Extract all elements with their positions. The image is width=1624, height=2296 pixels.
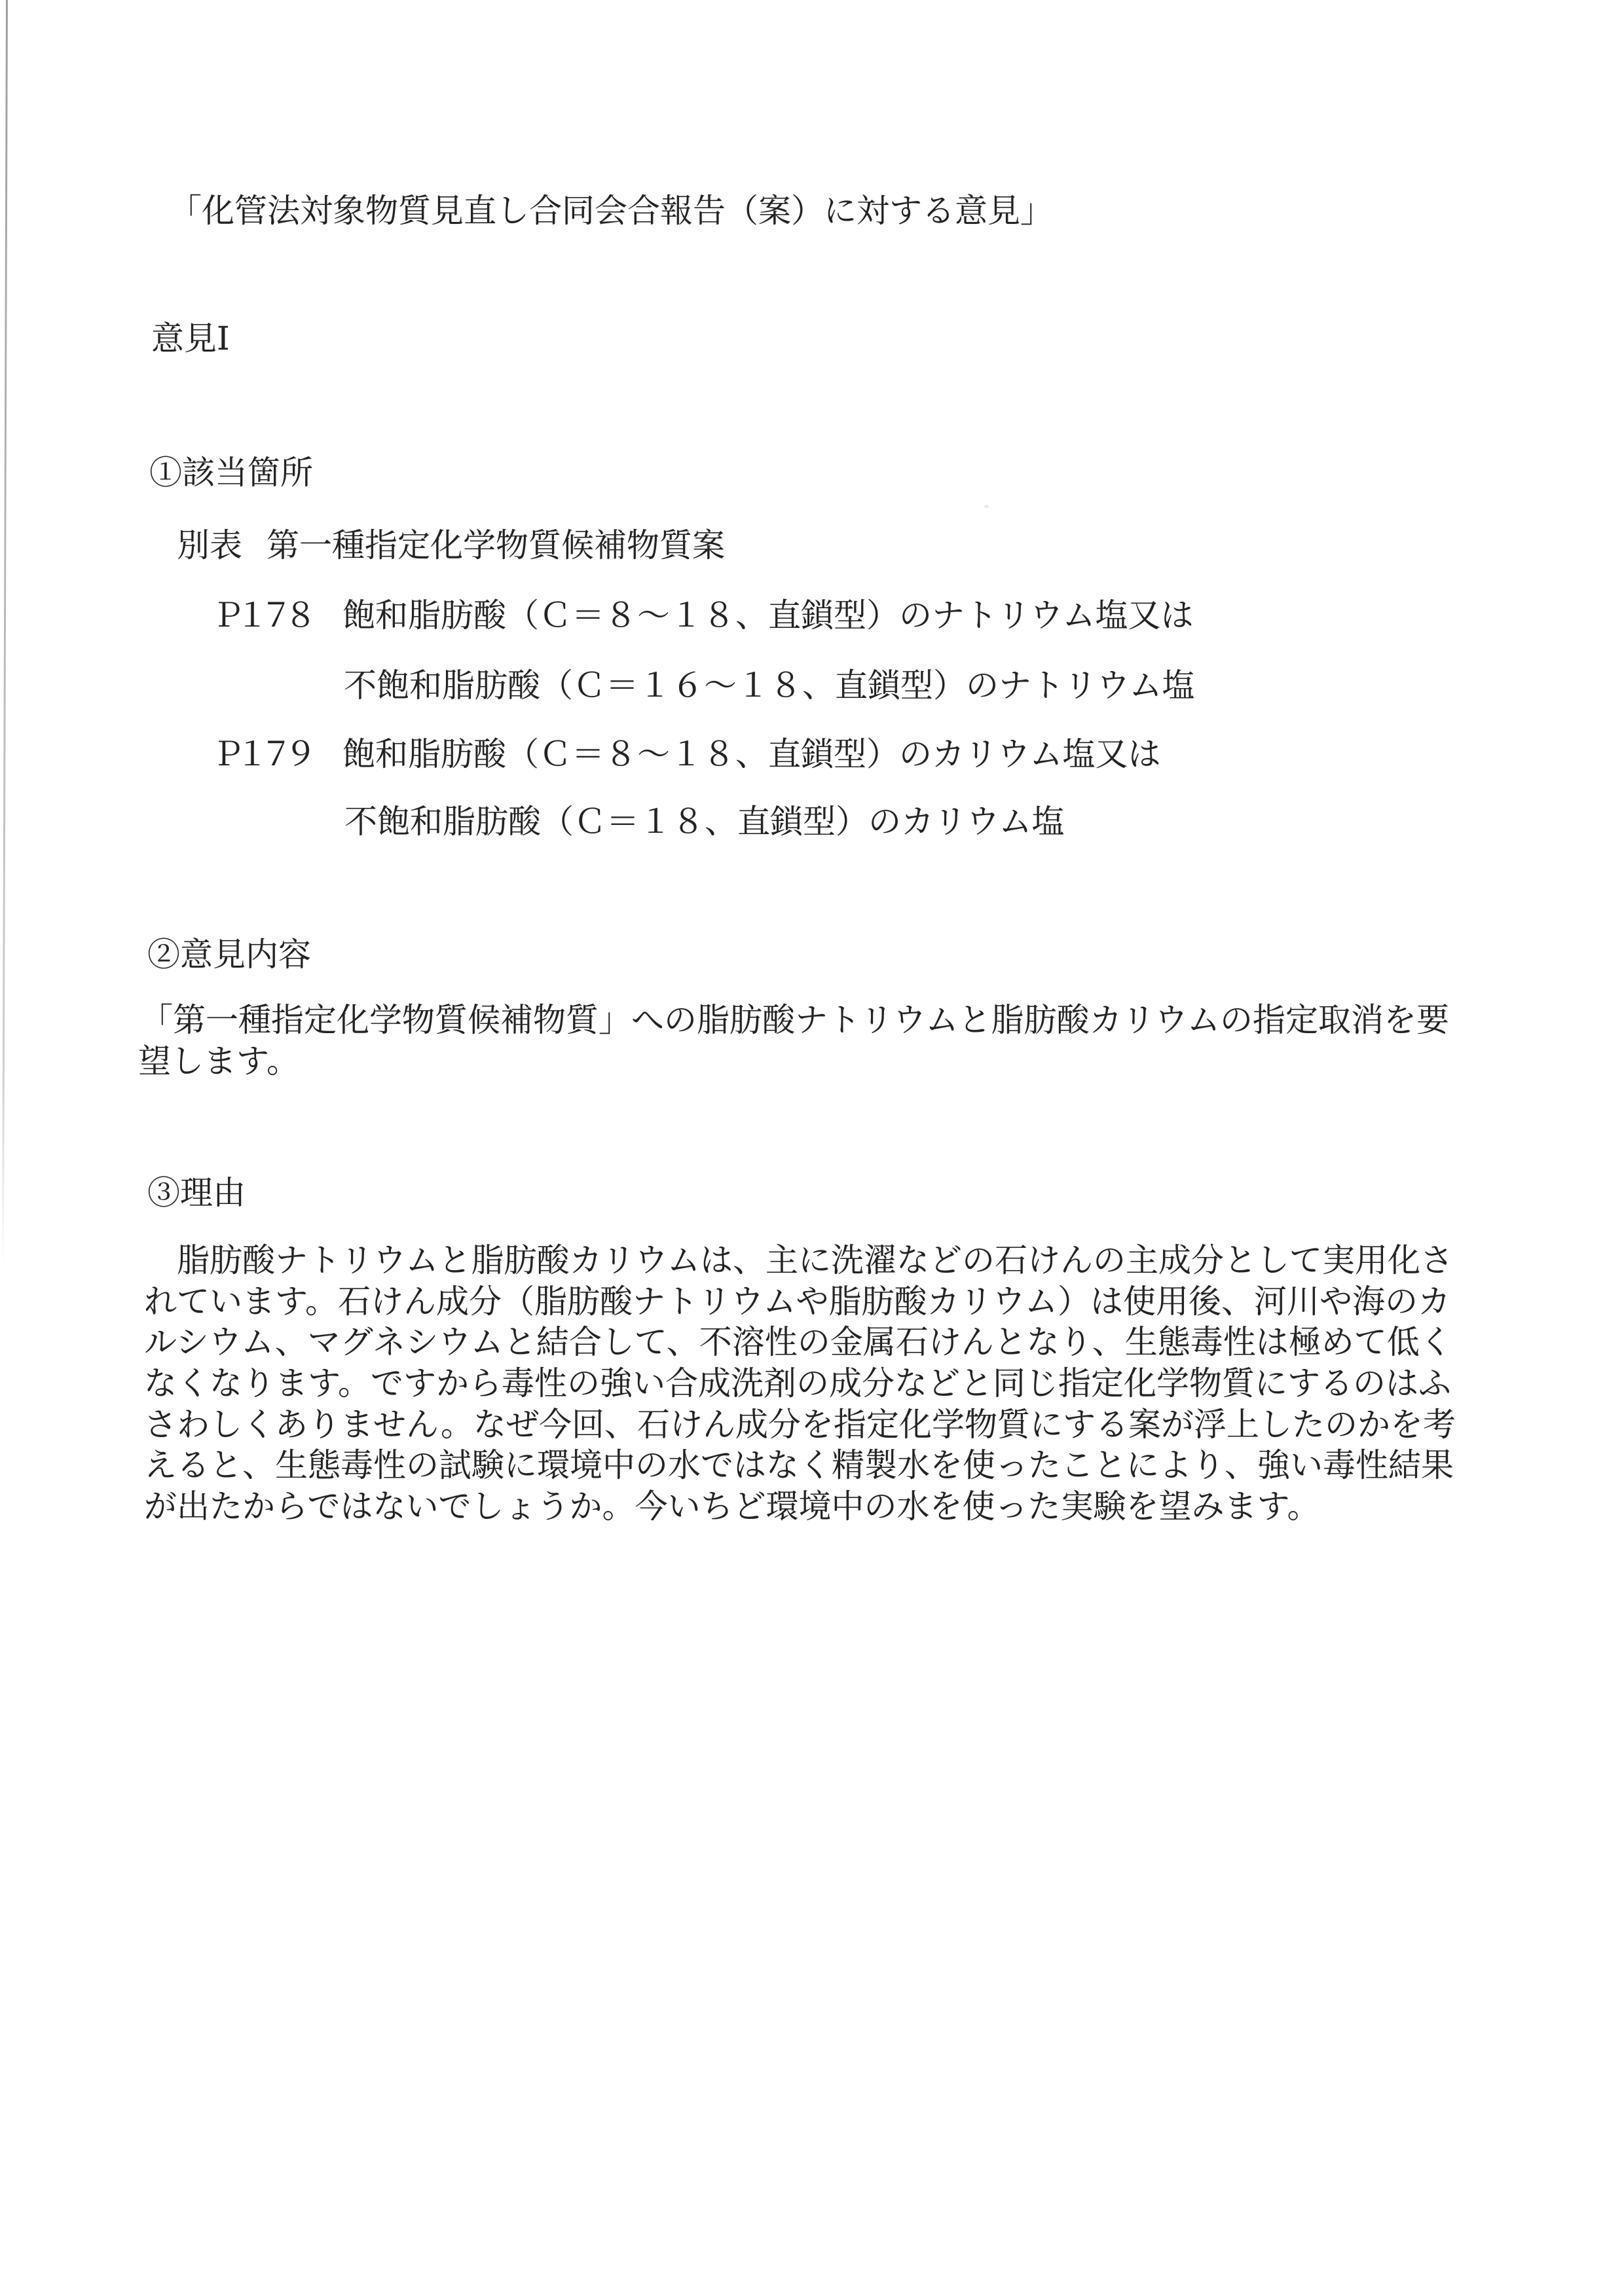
reason-paragraph-line: が出たからではないでしょうか。今いちど環境中の水を使った実験を望みます。 [144,1490,1320,1523]
substance-p179-code: Ｐ１７９ [212,738,308,771]
scan-streak-artifact [2,0,8,1267]
section2-body-line1: 「第一種指定化学物質候補物質」への脂肪酸ナトリウムと脂肪酸カリウムの指定取消を要 [140,1004,1449,1036]
section1-heading: ①該当箇所 [149,456,313,489]
scan-speck-artifact [984,505,989,508]
substance-p179-line2: 不飽和脂肪酸（Ｃ＝１８、直鎖型）のカリウム塩 [344,805,1065,838]
section2-heading: ②意見内容 [147,938,311,971]
appendix-title: 第一種指定化学物質候補物質案 [267,529,725,562]
substance-p178-code: Ｐ１７８ [212,599,308,632]
section3-heading: ③理由 [147,1176,246,1209]
section2-body-line2: 望します。 [138,1045,299,1078]
reason-paragraph-line: 脂肪酸ナトリウムと脂肪酸カリウムは、主に洗濯などの石けんの主成分として実用化さ [144,1244,1453,1277]
reason-paragraph-line: なくなります。ですから毒性の強い合成洗剤の成分などと同じ指定化学物質にするのはふ [144,1367,1451,1400]
appendix-label: 別表 [177,529,242,562]
reason-paragraph-line: えると、生態毒性の試験に環境中の水ではなく精製水を使ったことにより、強い毒性結果 [144,1449,1454,1482]
reason-paragraph-line: さわしくありません。なぜ今回、石けん成分を指定化学物質にする案が浮上したのかを考 [144,1408,1456,1441]
opinion-number-label: 意見Ⅰ [151,322,230,355]
document-title: 「化管法対象物質見直し合同会合報告（案）に対する意見」 [169,194,1053,227]
substance-p179-line1: 飽和脂肪酸（Ｃ＝８～１８、直鎖型）のカリウム塩又は [342,738,1161,771]
substance-p178-line1: 飽和脂肪酸（Ｃ＝８～１８、直鎖型）のナトリウム塩又は [342,599,1194,632]
reason-paragraph-line: れています。石けん成分（脂肪酸ナトリウムや脂肪酸カリウム）は使用後、河川や海のカ [144,1285,1450,1318]
document-page: 「化管法対象物質見直し合同会合報告（案）に対する意見」 意見Ⅰ ①該当箇所 別表… [0,0,1624,2296]
substance-p178-line2: 不飽和脂肪酸（Ｃ＝１６～１８、直鎖型）のナトリウム塩 [344,669,1195,702]
reason-paragraph-line: ルシウム、マグネシウムと結合して、不溶性の金属石けんとなり、生態毒性は極めて低く [144,1326,1452,1358]
